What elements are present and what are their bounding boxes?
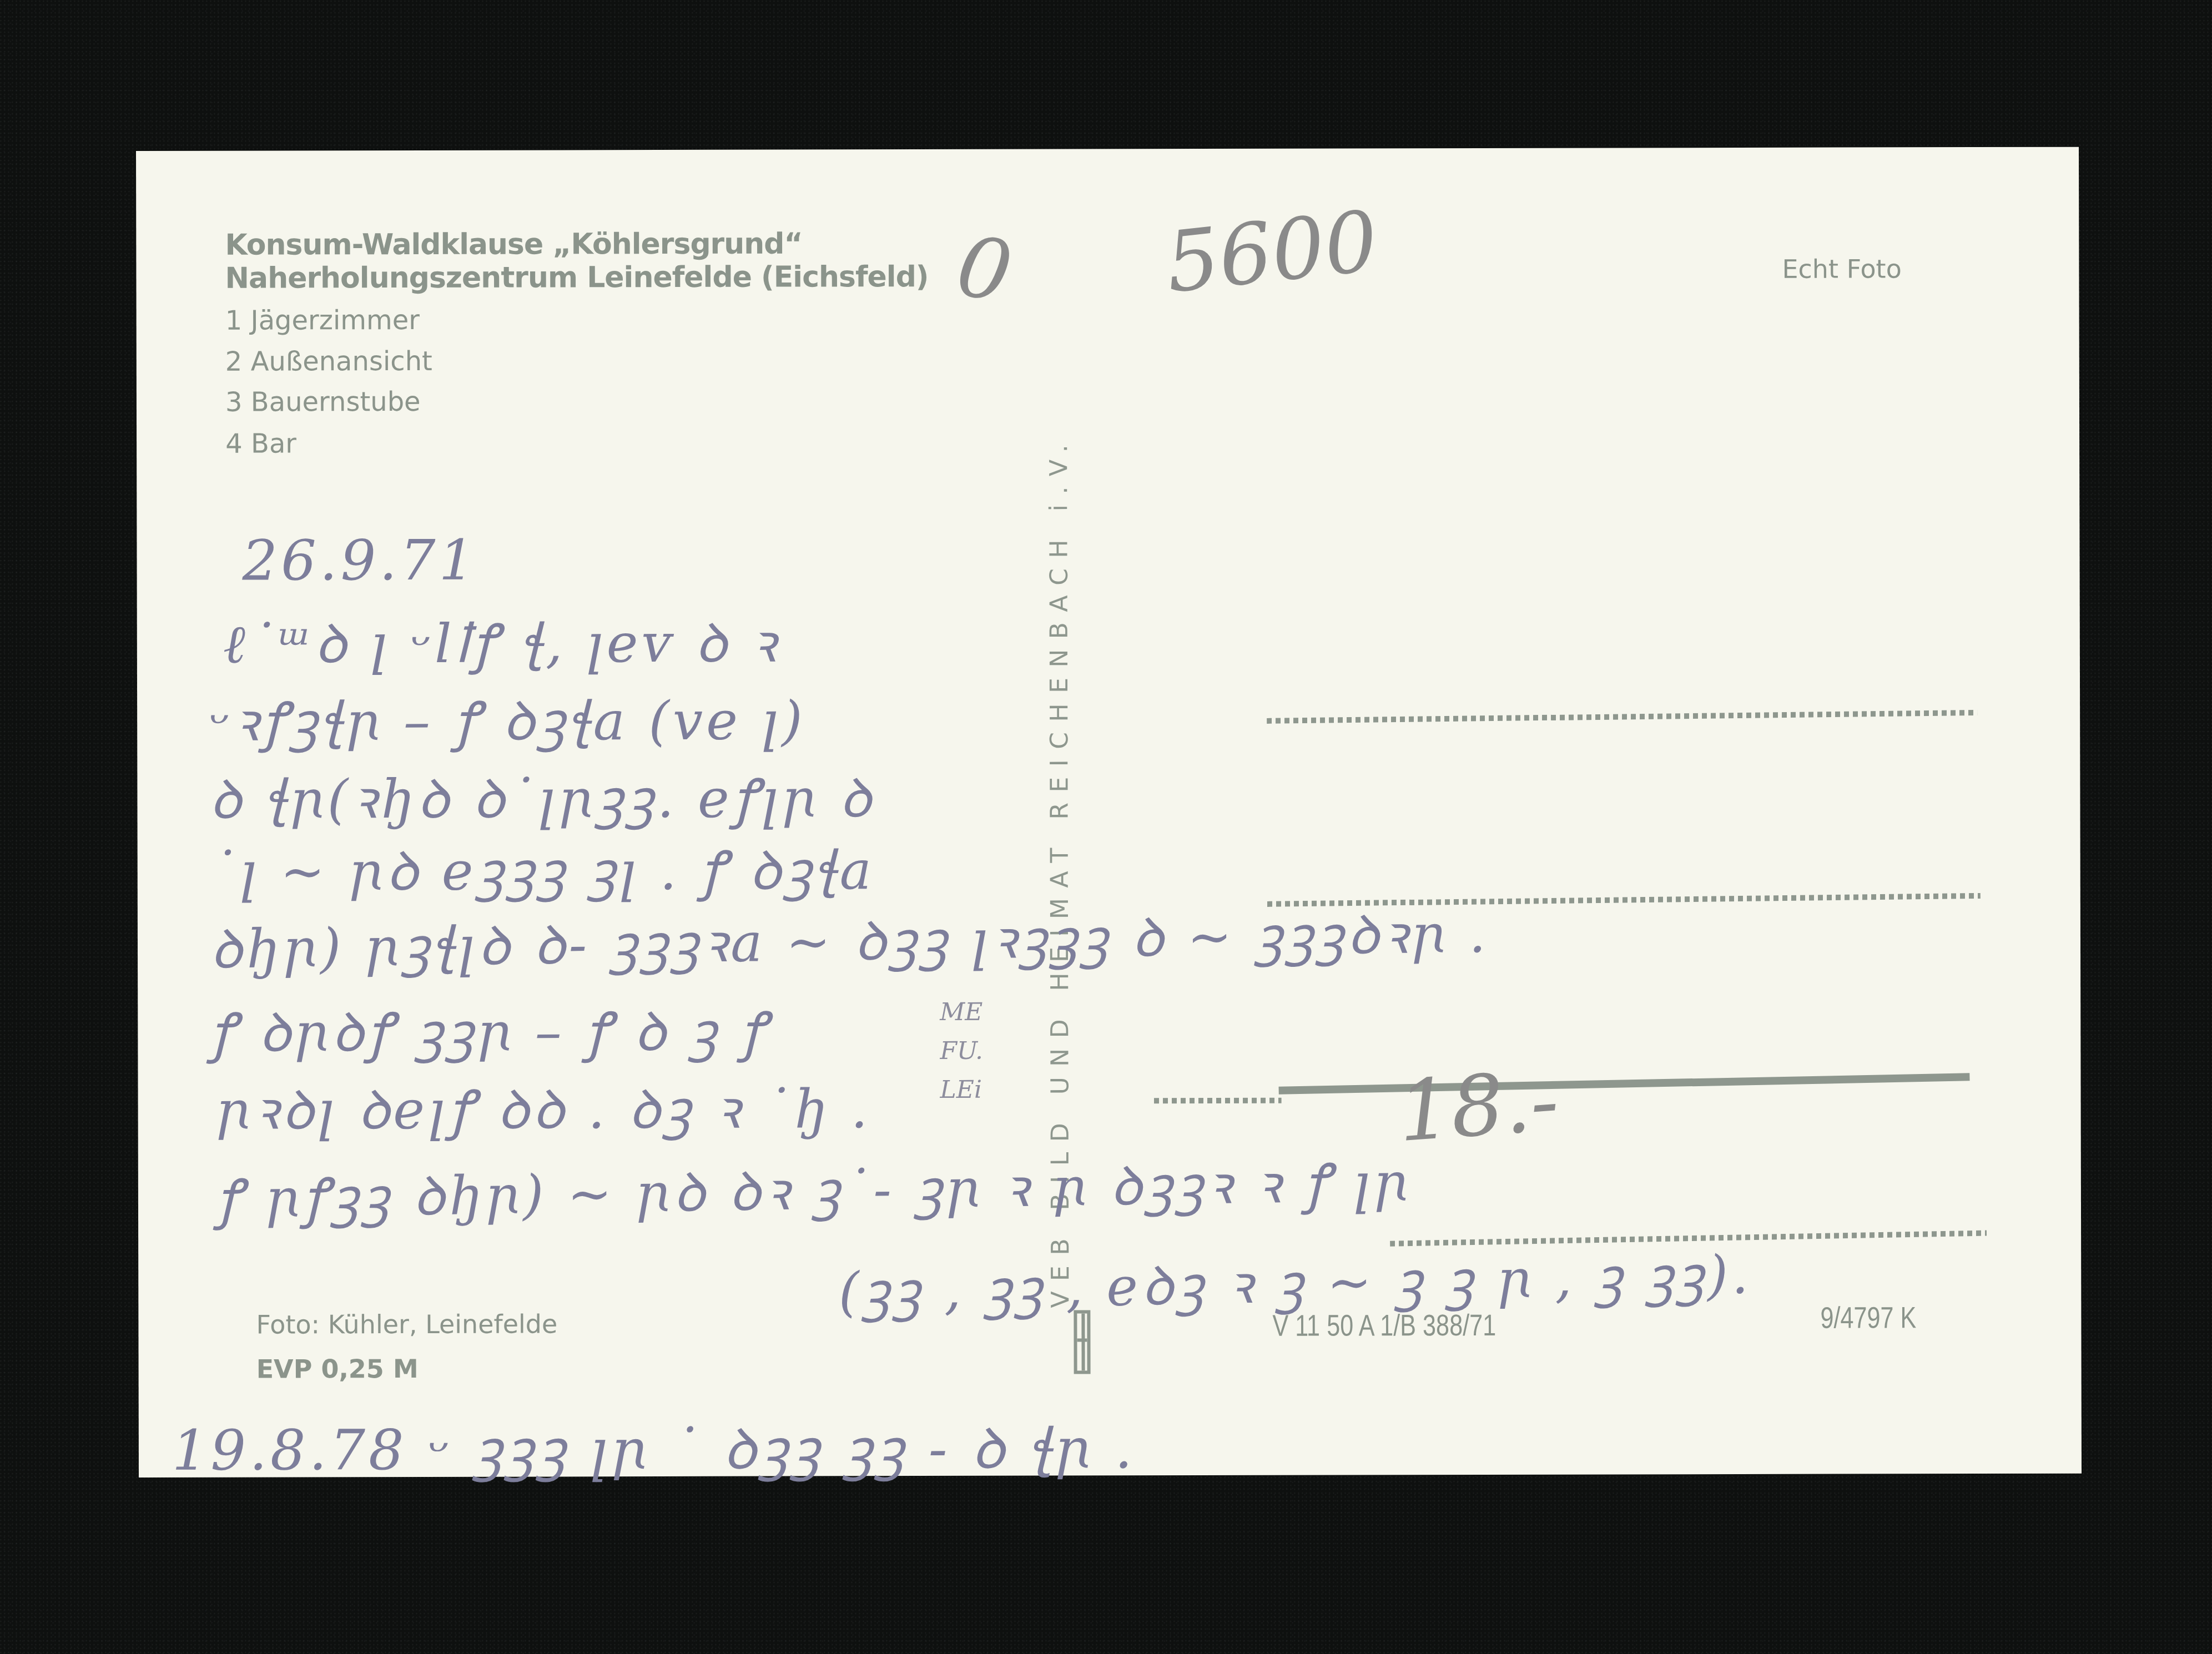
- pencil-stamp: ME FU. LEi: [940, 993, 983, 1110]
- address-line-3-solid: [1279, 1073, 1970, 1094]
- view-item-4: 4 Bar: [225, 428, 296, 459]
- title-line-2: Naherholungszentrum Leinefelde (Eichsfel…: [225, 260, 928, 295]
- handwriting-line-9: (ꝫꝫ , ꝫꝫ , eꝺꝫ ꝛ ꝫ ~ ꝫ ꝫ ꞃ , ꝫ ꝫꝫ).: [838, 1236, 1752, 1327]
- view-number: 4: [225, 428, 243, 460]
- handwriting-line-6: ꝭ ꝺꞃꝺꝭ ꝫꝫꞃ – ꝭ ꝺ ꝫ ꝭ: [210, 994, 769, 1067]
- address-line-1: [1267, 710, 1977, 724]
- view-number: 3: [225, 387, 243, 418]
- publisher-imprint-vertical: VEB BILD UND HEIMAT REICHENBACH i.V.: [1044, 181, 1075, 1308]
- handwriting-line-3: ꝺ ꞎꞃ(ꝛꜧꝺ ꝺ˙ꞁꞃꝫꝫ. eꝭꞁꞃ ꝺ: [209, 760, 875, 834]
- view-label: Bar: [251, 428, 296, 459]
- handwriting-bottom-line: 19.8.78 ᵕ ꝫꝫꝫ ꞁꞃ ˙ ꝺꝫꝫ ꝫꝫ - ꝺ ꞎꞃ .: [172, 1409, 1136, 1486]
- handwriting-line-4: ˙ꞁ ~ ꞃꝺ eꝫꝫꝫ ꝫꞁ . ꝭ ꝺꝫꞎa: [210, 832, 875, 906]
- written-date: 26.9.71: [242, 528, 477, 593]
- photo-credit: Foto: Kühler, Leinefelde: [256, 1309, 557, 1339]
- address-line-3-dotted: [1154, 1098, 1282, 1103]
- view-label: Bauernstube: [251, 386, 421, 418]
- price-label: EVP 0,25 M: [256, 1354, 419, 1384]
- stamp-line: FU.: [940, 1032, 983, 1071]
- view-label: Außenansicht: [251, 346, 432, 377]
- view-item-2: 2 Außenansicht: [225, 346, 432, 377]
- handwriting-line-7: ꞃꝛꝺꞁ ꝺeꞁꝭ ꝺꝺ . ꝺꝫ ꝛ ˙ꜧ .: [215, 1071, 871, 1144]
- handwriting-line-2: ᵕꝛꝭꝫꞎꞃ – ꝭ ꝺꝫꞎa (ve ꞁ): [209, 682, 806, 756]
- catalog-number: 9/4797 K: [1820, 1300, 1916, 1335]
- view-number: 1: [225, 305, 243, 336]
- stamp-line: LEi: [940, 1071, 983, 1110]
- pencil-zero: 0: [950, 218, 1019, 322]
- pencil-price: 18.-: [1395, 1053, 1562, 1161]
- pencil-postcode: 5600: [1161, 193, 1382, 312]
- view-number: 2: [225, 346, 243, 377]
- view-item-3: 3 Bauernstube: [225, 386, 421, 418]
- handwriting-line-8: ꝭ ꞃꝭꝫꝫ ꝺꜧꞃ) ~ ꞃꝺ ꝺꝛ ꝫ˙- ꝫꞃ ꝛ ꞃ ꝺꝫꝫꝛ ꝛ ꝭ …: [216, 1144, 1412, 1234]
- handwriting-line-1: ℓ˙ᵚꝺ ꞁ ᵕlꝉꝭ ꞎ, ꞁeᴠ ꝺ ꝛ: [223, 605, 779, 679]
- view-label: Jägerzimmer: [250, 305, 420, 336]
- view-item-1: 1 Jägerzimmer: [225, 305, 420, 336]
- echt-foto-label: Echt Foto: [1782, 254, 1901, 284]
- handwriting-line-5: ꝺꜧꞃ) ꞃꝫꞎꞁꝺ ꝺ- ꝫꝫꝫꝛa ~ ꝺꝫꝫ ꞁꝛꝫꝫꝫ ꝺ ~ ꝫꝫꝫꝺ…: [210, 895, 1490, 984]
- stamp-line: ME: [940, 993, 983, 1032]
- postcard-back: Konsum-Waldklause „Köhlersgrund“ Naherho…: [136, 147, 2082, 1477]
- title-line-1: Konsum-Waldklause „Köhlersgrund“: [225, 227, 802, 261]
